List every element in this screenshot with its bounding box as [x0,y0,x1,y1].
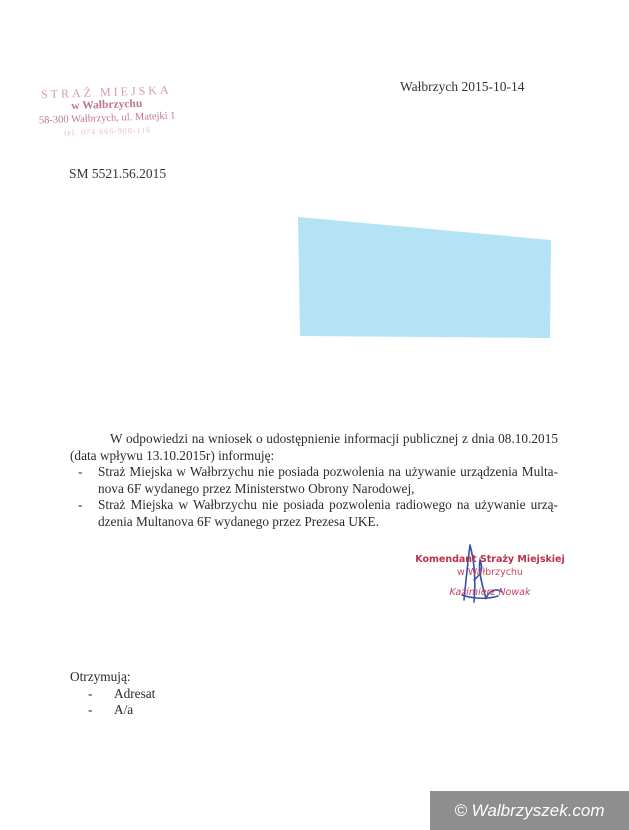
recipient-item: -Adresat [70,686,155,703]
letter-body: W odpowiedzi na wniosek o udostępnienie … [70,431,558,531]
letter-item-text: Straż Miejska w Wałbrzychu nie posiada p… [98,464,558,496]
dash-bullet: - [78,497,82,514]
letter-intro: W odpowiedzi na wniosek o udostępnienie … [70,431,558,464]
dash-bullet: - [88,702,114,719]
signature-stamp: Komendant Straży Miejskiej w Wałbrzychu … [410,553,570,598]
watermark: © Walbrzyszek.com [430,791,629,830]
recipient-item: -A/a [70,702,155,719]
letter-item: - Straż Miejska w Wałbrzychu nie posiada… [70,464,558,497]
letter-item: - Straż Miejska w Wałbrzychu nie posiada… [70,497,558,530]
dash-bullet: - [88,686,114,703]
official-stamp: STRAŻ MIEJSKA w Wałbrzychu 58-300 Wałbrz… [21,83,193,141]
recipients-block: Otrzymują: -Adresat -A/a [70,669,155,719]
reference-number: SM 5521.56.2015 [69,166,166,182]
dash-bullet: - [78,464,82,481]
recipient-label: Adresat [114,686,155,701]
signature-city: w Wałbrzychu [410,566,570,579]
signature-title: Komendant Straży Miejskiej [410,553,570,566]
letter-item-text: Straż Miejska w Wałbrzychu nie posiada p… [98,497,558,529]
letter-list: - Straż Miejska w Wałbrzychu nie posiada… [70,464,558,530]
recipients-heading: Otrzymują: [70,669,155,686]
place-date: Wałbrzych 2015-10-14 [400,79,525,95]
signature-name: Kazimierz Nowak [410,587,570,598]
recipient-label: A/a [114,702,133,717]
